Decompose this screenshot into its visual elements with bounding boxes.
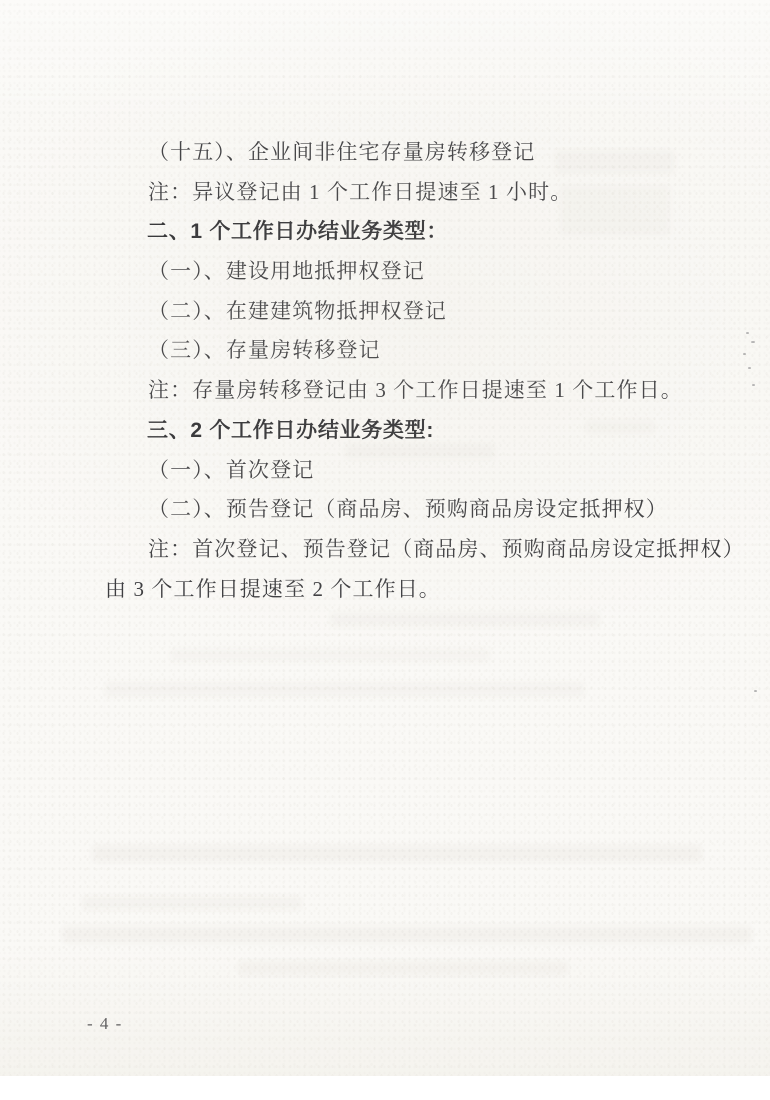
text-line-item: （一）、建设用地抵押权登记 [105, 252, 715, 292]
bleed-through-artifact [105, 682, 585, 697]
text-line-note: 注：首次登记、预告登记（商品房、预购商品房设定抵押权） [105, 530, 715, 570]
text-line-item: （二）、预告登记（商品房、预购商品房设定抵押权） [105, 490, 715, 530]
text-line-item: （一）、首次登记 [105, 451, 715, 491]
scanned-document-viewport: （十五）、企业间非住宅存量房转移登记 注：异议登记由 1 个工作日提速至 1 小… [0, 0, 770, 1100]
text-line-item: （三）、存量房转移登记 [105, 331, 715, 371]
bleed-through-artifact [62, 926, 752, 943]
text-line-continuation: 由 3 个工作日提速至 2 个工作日。 [105, 570, 715, 610]
bleed-through-artifact [92, 845, 702, 862]
scan-speck [754, 690, 757, 692]
section-heading: 二、1 个工作日办结业务类型： [105, 212, 715, 252]
document-body: （十五）、企业间非住宅存量房转移登记 注：异议登记由 1 个工作日提速至 1 小… [105, 133, 715, 609]
bleed-through-artifact [330, 612, 600, 627]
bleed-through-artifact [82, 896, 302, 910]
scan-speck [751, 341, 755, 343]
scan-speck [746, 332, 749, 334]
bleed-through-artifact [238, 961, 568, 975]
text-line-item: （二）、在建建筑物抵押权登记 [105, 292, 715, 332]
text-line-note: 注：存量房转移登记由 3 个工作日提速至 1 个工作日。 [105, 371, 715, 411]
scan-speck [743, 353, 746, 355]
scanned-page: （十五）、企业间非住宅存量房转移登记 注：异议登记由 1 个工作日提速至 1 小… [0, 0, 770, 1076]
section-heading: 三、2 个工作日办结业务类型: [105, 411, 715, 451]
scan-speck [748, 367, 751, 369]
text-line-note: 注：异议登记由 1 个工作日提速至 1 小时。 [105, 173, 715, 213]
page-number: - 4 - [87, 1014, 123, 1034]
text-line-item: （十五）、企业间非住宅存量房转移登记 [105, 133, 715, 173]
scan-speck [752, 384, 755, 386]
bleed-through-artifact [170, 648, 490, 662]
